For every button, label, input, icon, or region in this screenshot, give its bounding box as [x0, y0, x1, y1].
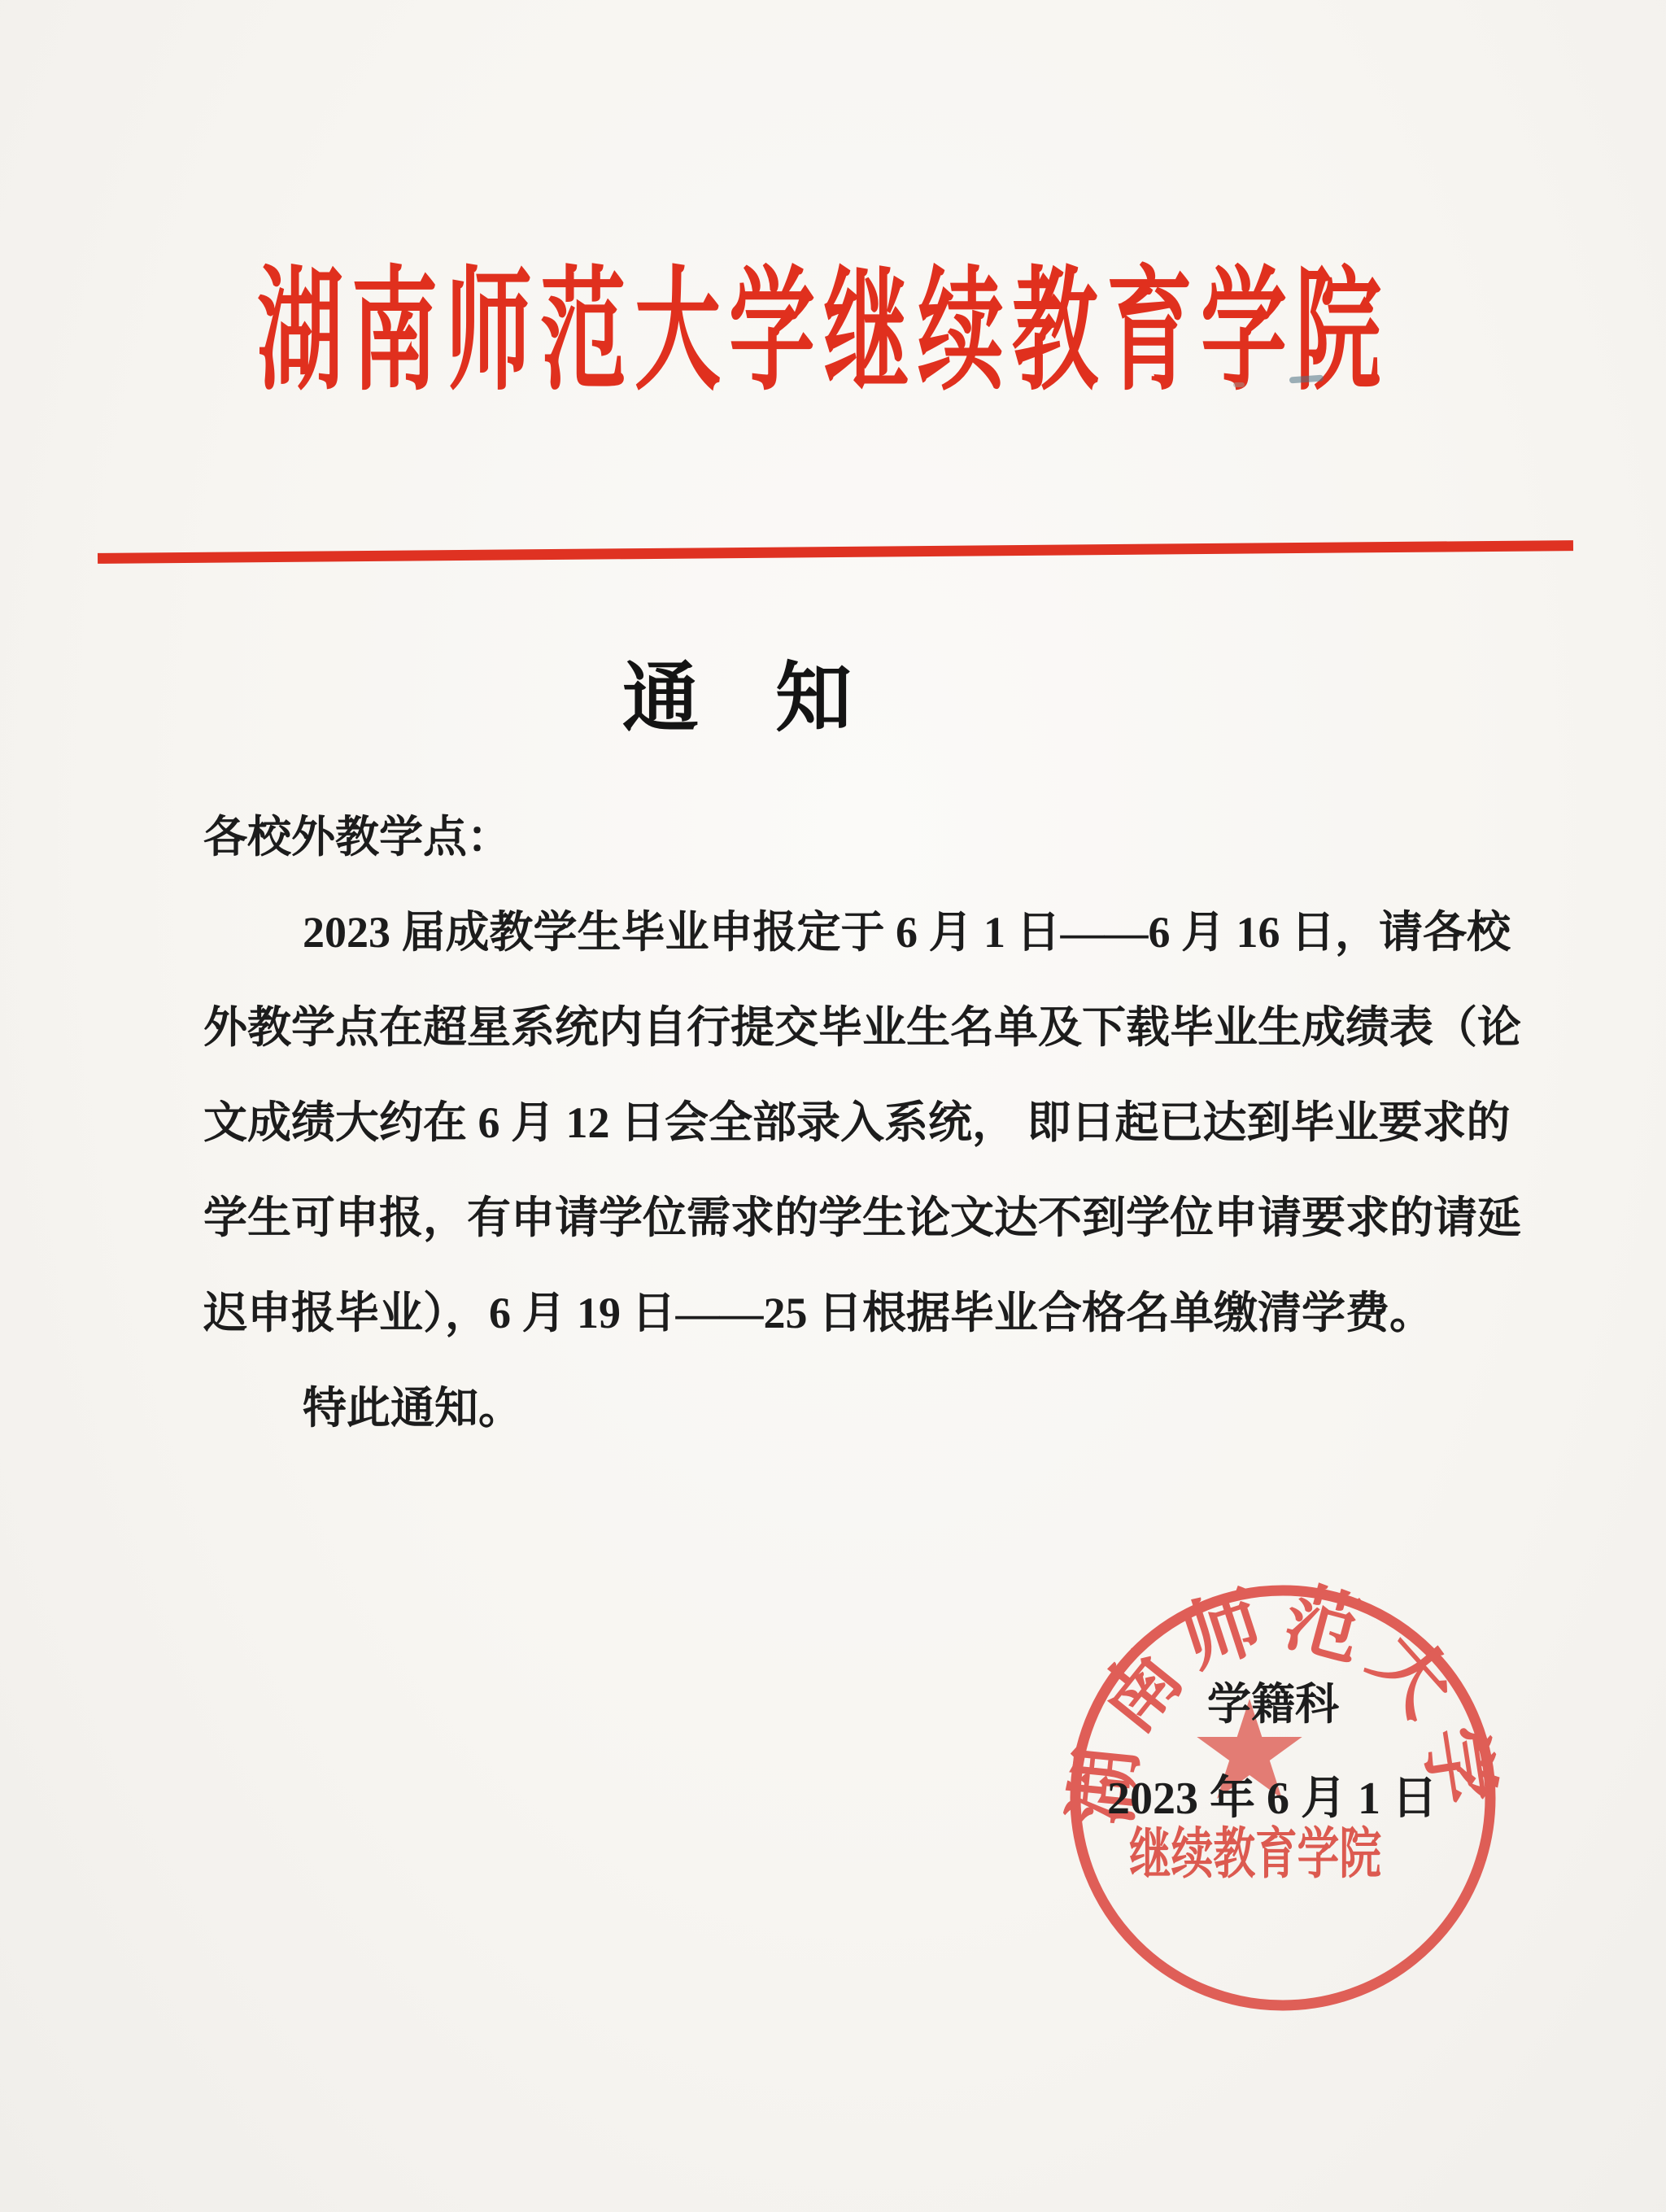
scan-artifact: [1233, 382, 1245, 387]
notice-title: 通 知: [0, 636, 1570, 746]
scanned-notice-page: 湖南师范大学继续教育学院 通 知 各校外教学点： 2023 届成教学生毕业申报定…: [0, 0, 1666, 2212]
letterhead-divider-rule: [98, 540, 1573, 564]
paragraph-line: 外教学点在超星系统内自行提交毕业生名单及下载毕业生成绩表（论: [203, 980, 1476, 1075]
paragraph-line: 2023 届成教学生毕业申报定于 6 月 1 日——6 月 16 日，请各校: [203, 885, 1476, 980]
salutation-line: 各校外教学点：: [203, 790, 1476, 885]
paragraph-line: 迟申报毕业），6 月 19 日——25 日根据毕业合格名单缴清学费。: [203, 1266, 1476, 1361]
notice-body: 各校外教学点： 2023 届成教学生毕业申报定于 6 月 1 日——6 月 16…: [203, 790, 1476, 1456]
issue-date: 2023 年 6 月 1 日: [1085, 1762, 1459, 1827]
seal-bottom-text: 继续教育学院: [1129, 1823, 1381, 1885]
department-label: 学籍科: [1143, 1669, 1403, 1732]
letterhead-title: 湖南师范大学继续教育学院: [0, 225, 1656, 417]
paragraph-line: 学生可申报，有申请学位需求的学生论文达不到学位申请要求的请延: [203, 1171, 1476, 1266]
paragraph-line: 文成绩大约在 6 月 12 日会全部录入系统， 即日起已达到毕业要求的: [203, 1075, 1476, 1171]
closing-line: 特此通知。: [203, 1361, 1476, 1456]
